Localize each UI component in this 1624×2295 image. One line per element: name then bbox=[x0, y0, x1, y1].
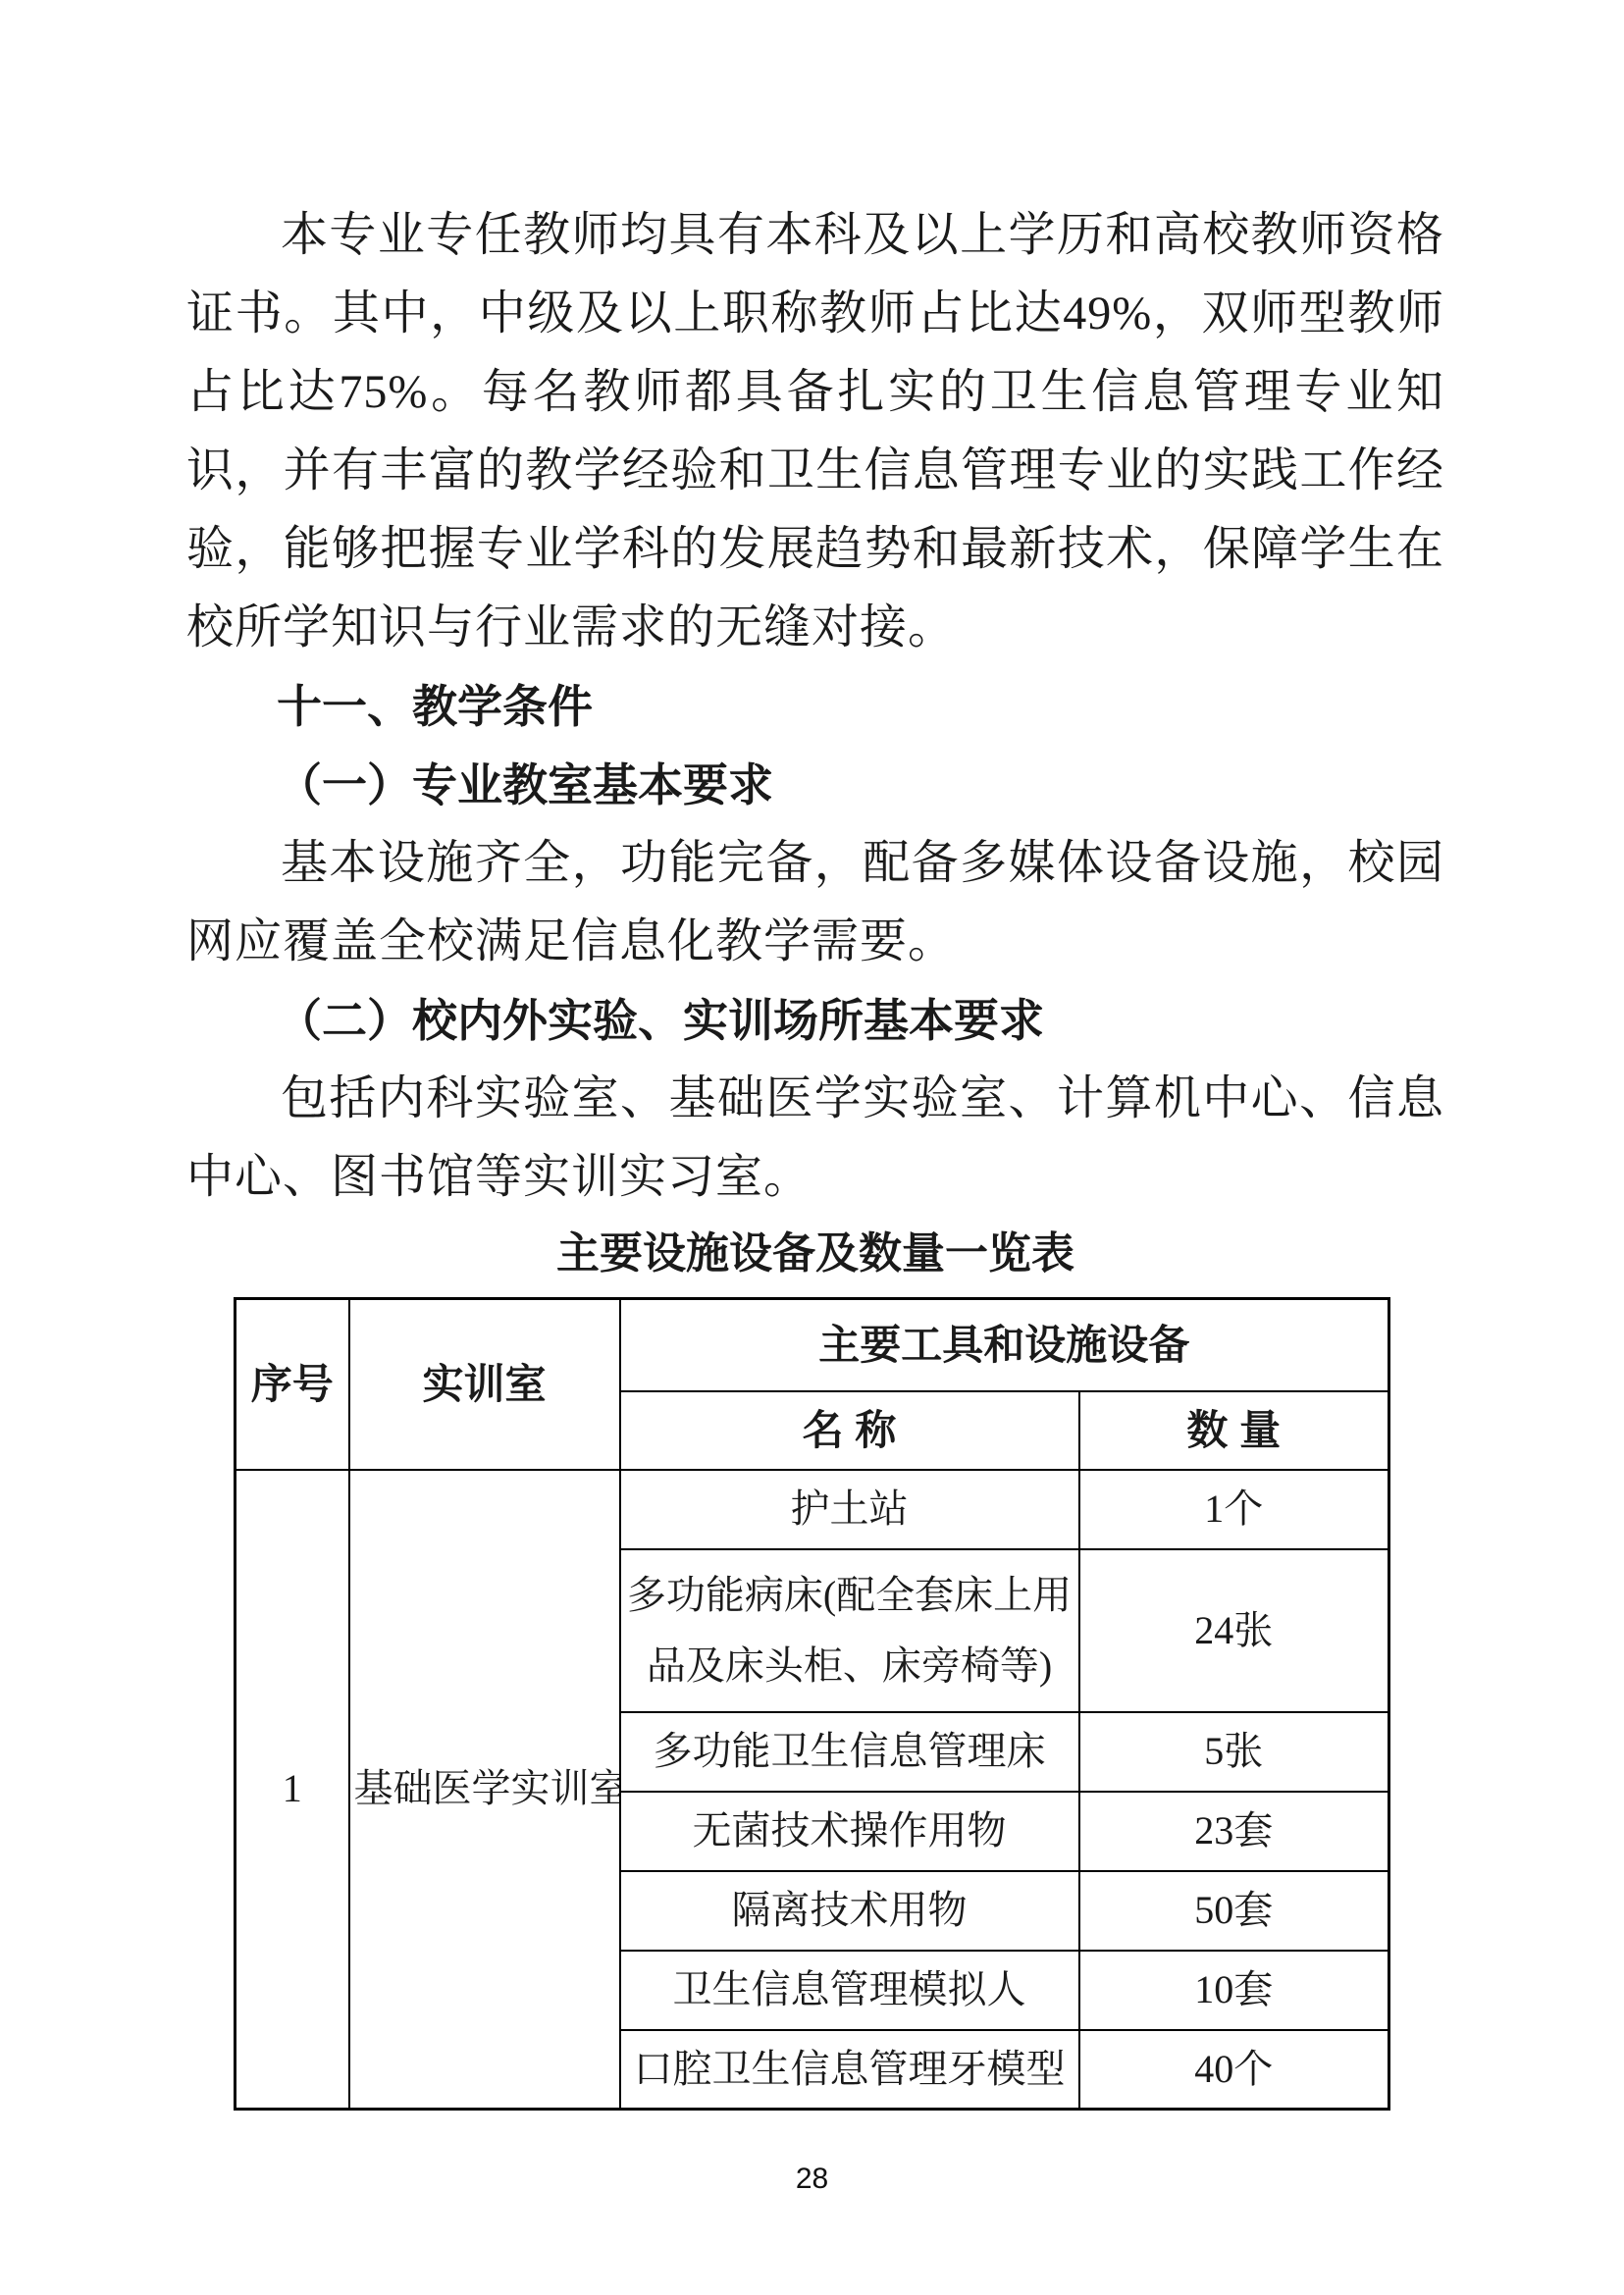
document-page: 本专业专任教师均具有本科及以上学历和高校教师资格证书。其中，中级及以上职称教师占… bbox=[0, 0, 1624, 2295]
cell-equipment-quantity: 24张 bbox=[1079, 1549, 1389, 1712]
col-header-quantity: 数 量 bbox=[1079, 1391, 1389, 1470]
cell-equipment-quantity: 40个 bbox=[1079, 2030, 1389, 2110]
paragraph-lab-list: 包括内科实验室、基础医学实验室、计算机中心、信息中心、图书馆等实训实习室。 bbox=[186, 1060, 1444, 1217]
equipment-table: 序号 实训室 主要工具和设施设备 名 称 数 量 1 基础医学实训室 护土站 1… bbox=[234, 1297, 1390, 2111]
cell-equipment-name: 口腔卫生信息管理牙模型 bbox=[620, 2030, 1079, 2110]
cell-equipment-name: 护土站 bbox=[620, 1470, 1079, 1549]
page-number: 28 bbox=[0, 2163, 1624, 2196]
heading-teaching-conditions: 十一、教学条件 bbox=[186, 667, 1444, 746]
col-header-index: 序号 bbox=[236, 1299, 349, 1470]
cell-equipment-name: 无菌技术操作用物 bbox=[620, 1792, 1079, 1871]
cell-equipment-quantity: 5张 bbox=[1079, 1712, 1389, 1792]
cell-equipment-quantity: 1个 bbox=[1079, 1470, 1389, 1549]
paragraph-classroom-facilities: 基本设施齐全，功能完备，配备多媒体设备设施，校园网应覆盖全校满足信息化教学需要。 bbox=[186, 824, 1444, 981]
cell-group-index: 1 bbox=[236, 1470, 349, 2110]
cell-equipment-quantity: 23套 bbox=[1079, 1792, 1389, 1871]
col-header-tools-group: 主要工具和设施设备 bbox=[620, 1299, 1389, 1391]
paragraph-teacher-qualifications: 本专业专任教师均具有本科及以上学历和高校教师资格证书。其中，中级及以上职称教师占… bbox=[186, 196, 1444, 667]
cell-group-room: 基础医学实训室 bbox=[349, 1470, 620, 2110]
col-header-room: 实训室 bbox=[349, 1299, 620, 1470]
heading-classroom-requirements: （一）专业教室基本要求 bbox=[186, 746, 1444, 824]
document-content: 本专业专任教师均具有本科及以上学历和高校教师资格证书。其中，中级及以上职称教师占… bbox=[186, 196, 1444, 2111]
table-title: 主要设施设备及数量一览表 bbox=[186, 1221, 1444, 1287]
heading-lab-requirements: （二）校内外实验、实训场所基本要求 bbox=[186, 981, 1444, 1060]
cell-equipment-quantity: 50套 bbox=[1079, 1871, 1389, 1951]
cell-equipment-quantity: 10套 bbox=[1079, 1951, 1389, 2030]
table-row: 1 基础医学实训室 护土站 1个 bbox=[236, 1470, 1389, 1549]
cell-equipment-name: 卫生信息管理模拟人 bbox=[620, 1951, 1079, 2030]
table-header-row-1: 序号 实训室 主要工具和设施设备 bbox=[236, 1299, 1389, 1391]
cell-equipment-name: 多功能病床(配全套床上用品及床头柜、床旁椅等) bbox=[620, 1549, 1079, 1712]
col-header-name: 名 称 bbox=[620, 1391, 1079, 1470]
cell-equipment-name: 多功能卫生信息管理床 bbox=[620, 1712, 1079, 1792]
cell-equipment-name: 隔离技术用物 bbox=[620, 1871, 1079, 1951]
